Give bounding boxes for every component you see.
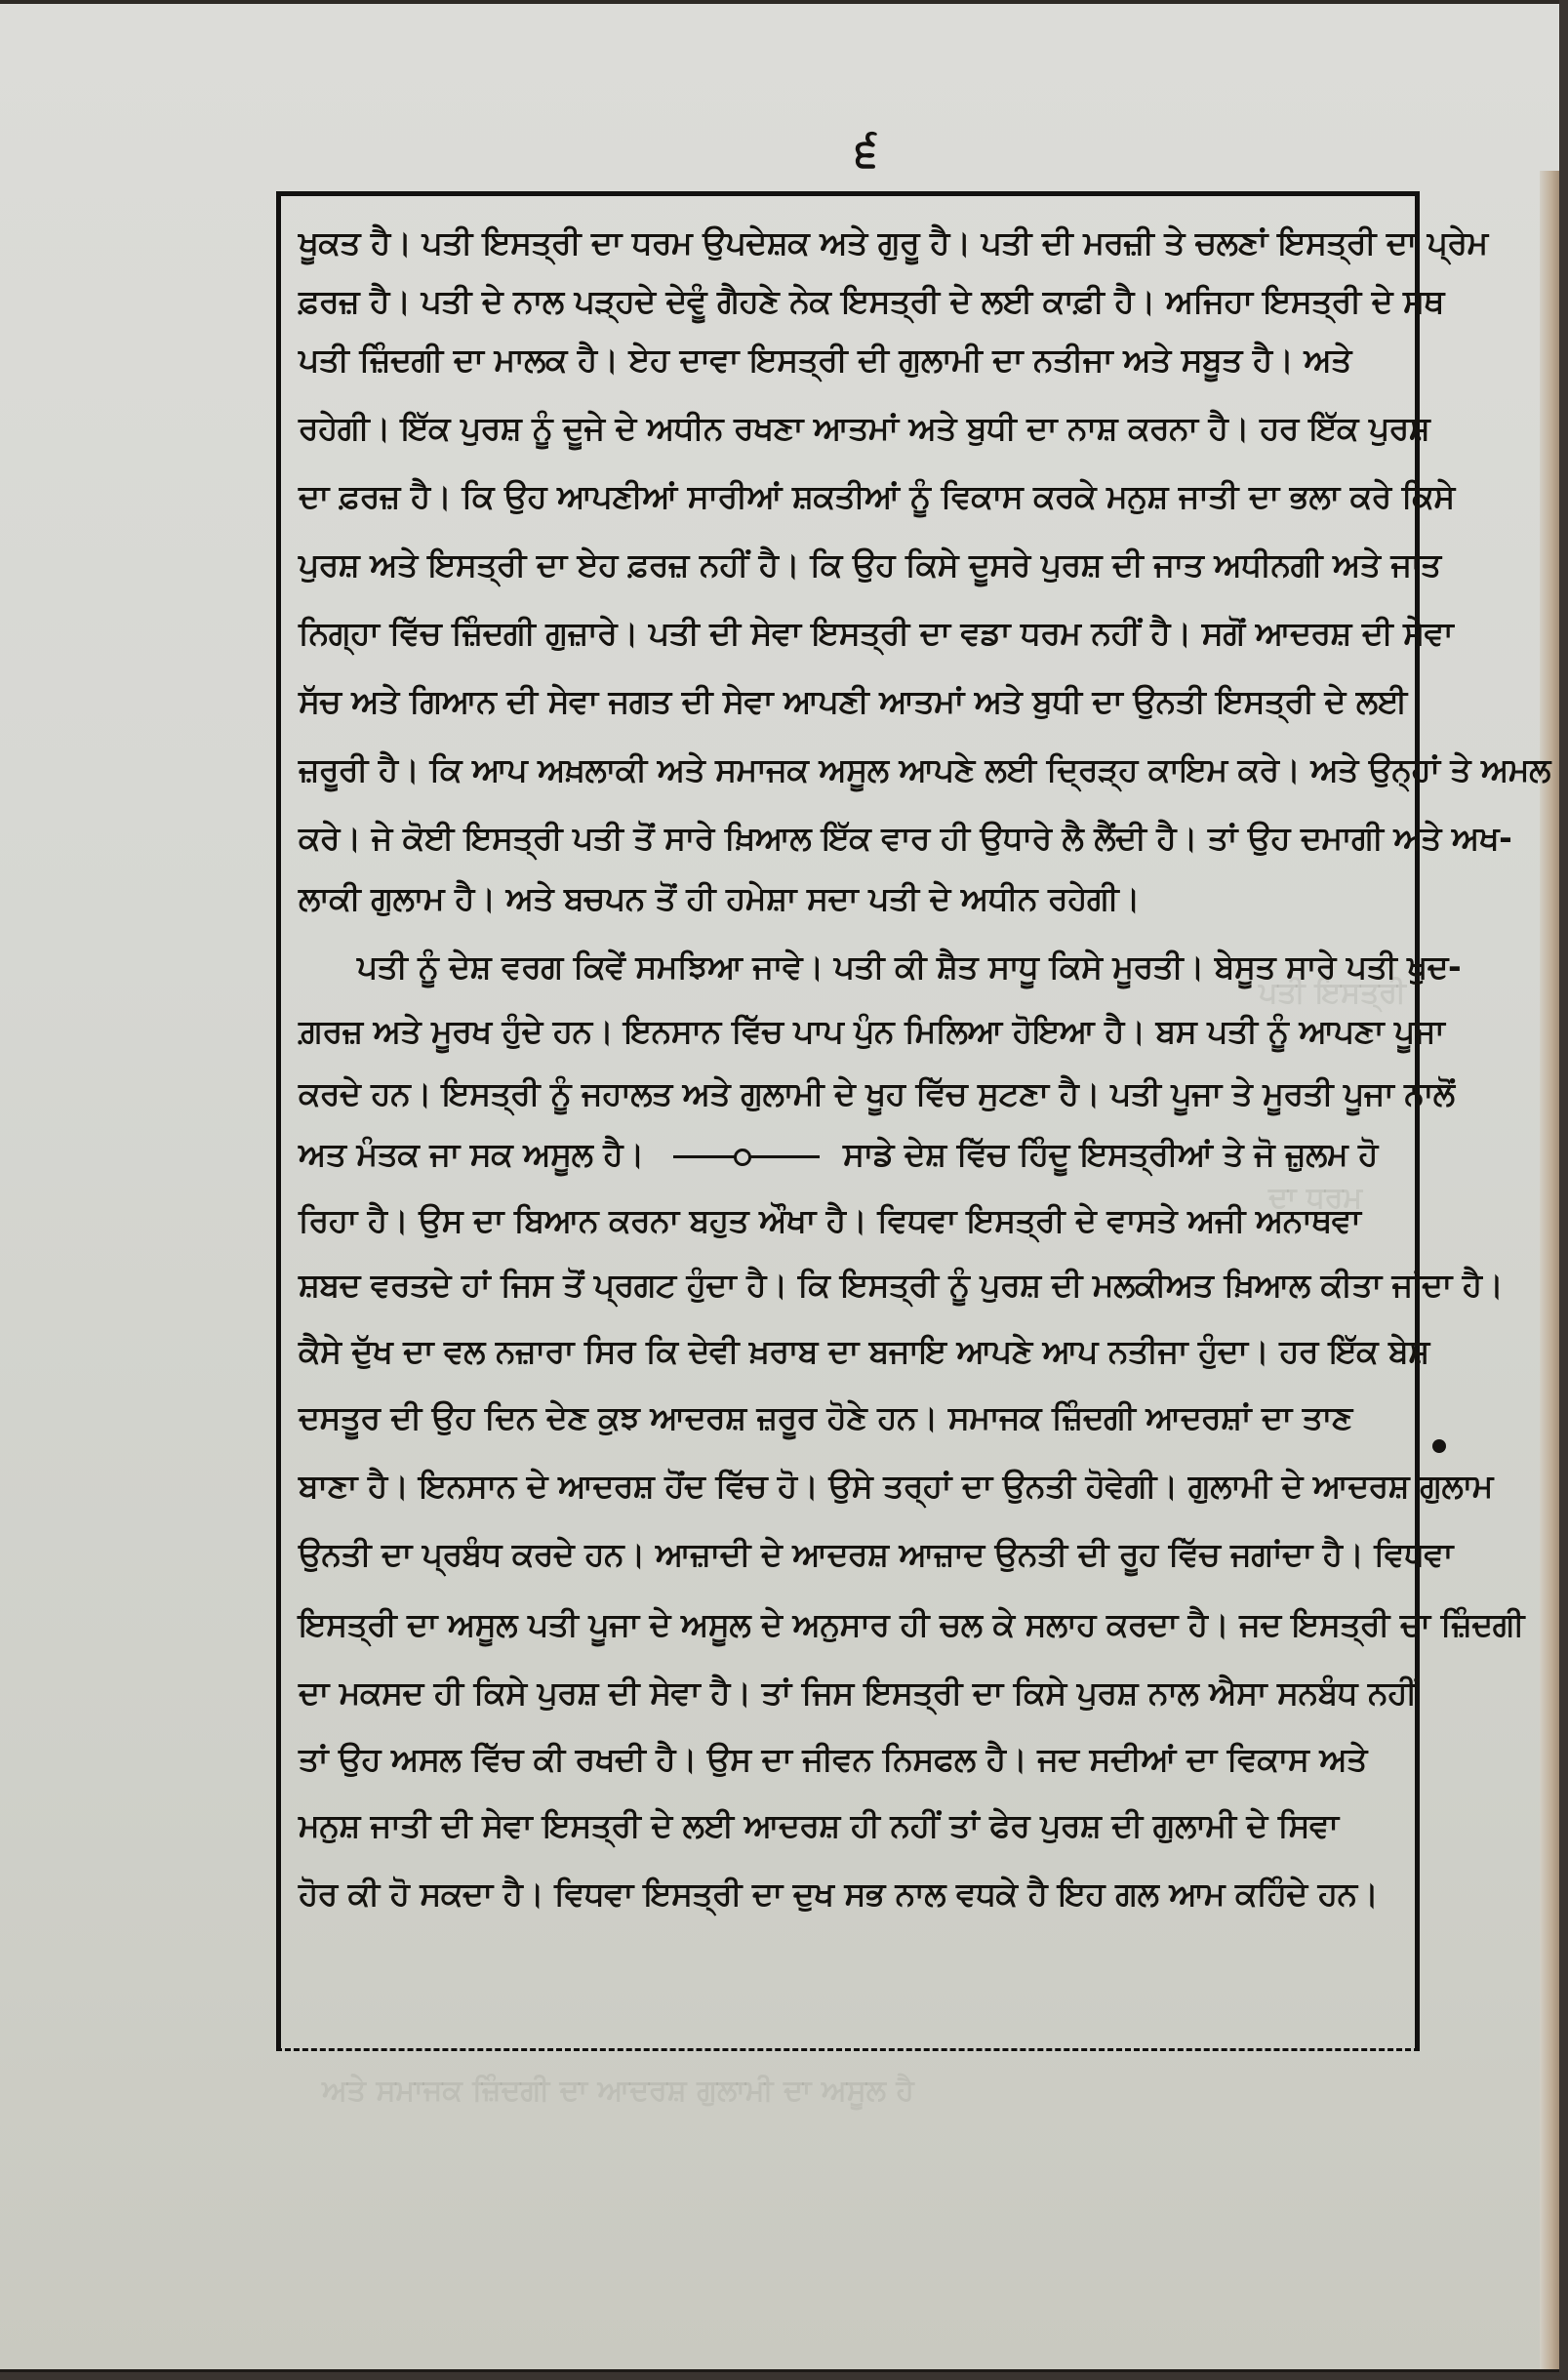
line-end-text: ਸਾਡੇ ਦੇਸ਼ ਵਿੱਚ ਹਿੰਦੂ ਇਸਤ੍ਰੀਆਂ ਤੇ ਜੋ ਜ਼ੁਲ… — [843, 1135, 1378, 1173]
text-line: ਰਹੇਗੀ। ਇੱਕ ਪੁਰਸ਼ ਨੂੰ ਦੂਜੇ ਦੇ ਅਧੀਨ ਰਖਣਾ ਆ… — [299, 399, 1405, 458]
page-edge-strip — [1540, 171, 1559, 2369]
text-line: ਹੋਰ ਕੀ ਹੋ ਸਕਦਾ ਹੈ। ਵਿਧਵਾ ਇਸਤ੍ਰੀ ਦਾ ਦੁਖ ਸ… — [299, 1865, 1405, 1923]
text-line: ਪੁਰਸ਼ ਅਤੇ ਇਸਤ੍ਰੀ ਦਾ ਏਹ ਫ਼ਰਜ਼ ਨਹੀਂ ਹੈ। ਕਿ… — [299, 536, 1405, 594]
bordered-text-block: ਖੂਕਤ ਹੈ। ਪਤੀ ਇਸਤ੍ਰੀ ਦਾ ਧਰਮ ਉਪਦੇਸ਼ਕ ਅਤੇ ਗ… — [276, 191, 1420, 2051]
text-line: ਜ਼ਰੂਰੀ ਹੈ। ਕਿ ਆਪ ਅਖ਼ਲਾਕੀ ਅਤੇ ਸਮਾਜਕ ਅਸੂਲ … — [299, 741, 1405, 799]
page-number: ੬ — [837, 127, 896, 177]
ink-speck — [1432, 1439, 1446, 1453]
text-line: ਮਨੁਸ਼ ਜਾਤੀ ਦੀ ਸੇਵਾ ਇਸਤ੍ਰੀ ਦੇ ਲਈ ਆਦਰਸ਼ ਹੀ… — [299, 1796, 1405, 1855]
text-line — [299, 1943, 1405, 2001]
text-line: ਸੱਚ ਅਤੇ ਗਿਆਨ ਦੀ ਸੇਵਾ ਜਗਤ ਦੀ ਸੇਵਾ ਆਪਣੀ ਆਤ… — [299, 672, 1405, 731]
text-line: ਰਿਹਾ ਹੈ। ਉਸ ਦਾ ਬਿਆਨ ਕਰਨਾ ਬਹੁਤ ਔਖਾ ਹੈ। ਵਿ… — [299, 1191, 1405, 1250]
text-line: ਕਰਦੇ ਹਨ। ਇਸਤ੍ਰੀ ਨੂੰ ਜਹਾਲਤ ਅਤੇ ਗੁਲਾਮੀ ਦੇ … — [299, 1065, 1405, 1123]
text-line: ਇਸਤ੍ਰੀ ਦਾ ਅਸੂਲ ਪਤੀ ਪੂਜਾ ਦੇ ਅਸੂਲ ਦੇ ਅਨੁਸਾ… — [299, 1595, 1405, 1654]
text-line: ਪਤੀ ਜ਼ਿੰਦਗੀ ਦਾ ਮਾਲਕ ਹੈ। ਏਹ ਦਾਵਾ ਇਸਤ੍ਰੀ ਦ… — [299, 331, 1405, 389]
scanned-page: ਪਤੀ ਇਸਤ੍ਰੀ ਦਾ ਧਰਮ ਅਤੇ ਸਮਾਜਕ ਜ਼ਿੰਦਗੀ ਦਾ ਆ… — [0, 0, 1559, 2372]
text-line: ਦਸਤੂਰ ਦੀ ਉਹ ਦਿਨ ਦੇਣ ਕੁਝ ਆਦਰਸ਼ ਜ਼ਰੂਰ ਹੋਣੇ… — [299, 1389, 1405, 1447]
text-line: ਉਨਤੀ ਦਾ ਪ੍ਰਬੰਧ ਕਰਦੇ ਹਨ। ਆਜ਼ਾਦੀ ਦੇ ਆਦਰਸ਼ … — [299, 1525, 1405, 1584]
text-line-with-separator: ਅਤ ਮੰਤਕ ਜਾ ਸਕ ਅਸੂਲ ਹੈ।ਸਾਡੇ ਦੇਸ਼ ਵਿੱਚ ਹਿੰ… — [299, 1125, 1405, 1184]
text-line: ਫ਼ਰਜ਼ ਹੈ। ਪਤੀ ਦੇ ਨਾਲ ਪੜ੍ਹਦੇ ਦੇਵੂੰ ਗੈਹਣੇ … — [299, 272, 1405, 331]
page-top-edge — [0, 0, 1559, 4]
text-line: ਬਾਣਾ ਹੈ। ਇਨਸਾਨ ਦੇ ਆਦਰਸ਼ ਹੋਂਦ ਵਿੱਚ ਹੋ। ਉਸ… — [299, 1457, 1405, 1515]
text-line: ਦਾ ਫ਼ਰਜ਼ ਹੈ। ਕਿ ਉਹ ਆਪਣੀਆਂ ਸਾਰੀਆਂ ਸ਼ਕਤੀਆਂ… — [299, 467, 1405, 526]
line-start-text: ਅਤ ਮੰਤਕ ਜਾ ਸਕ ਅਸੂਲ ਹੈ। — [299, 1135, 644, 1173]
text-line: ਤਾਂ ਉਹ ਅਸਲ ਵਿੱਚ ਕੀ ਰਖਦੀ ਹੈ। ਉਸ ਦਾ ਜੀਵਨ ਨ… — [299, 1730, 1405, 1789]
text-line: ਦਾ ਮਕਸਦ ਹੀ ਕਿਸੇ ਪੁਰਸ਼ ਦੀ ਸੇਵਾ ਹੈ। ਤਾਂ ਜਿ… — [299, 1664, 1405, 1722]
text-line: ਨਿਗ੍ਹਾ ਵਿੱਚ ਜ਼ਿੰਦਗੀ ਗੁਜ਼ਾਰੇ। ਪਤੀ ਦੀ ਸੇਵਾ… — [299, 604, 1405, 663]
flower-separator-icon — [673, 1149, 820, 1164]
paragraph-start-line: ਪਤੀ ਨੂੰ ਦੇਸ਼ ਵਰਗ ਕਿਵੇਂ ਸਮਝਿਆ ਜਾਵੇ। ਪਤੀ ਕ… — [299, 938, 1405, 996]
text-line: ਸ਼ਬਦ ਵਰਤਦੇ ਹਾਂ ਜਿਸ ਤੋਂ ਪ੍ਰਗਟ ਹੁੰਦਾ ਹੈ। ਕ… — [299, 1256, 1405, 1314]
text-line: ਕੈਸੇ ਦੁੱਖ ਦਾ ਵਲ ਨਜ਼ਾਰਾ ਸਿਰ ਕਿ ਦੇਵੀ ਖ਼ਰਾਬ… — [299, 1322, 1405, 1381]
text-line: ਕਰੇ। ਜੇ ਕੋਈ ਇਸਤ੍ਰੀ ਪਤੀ ਤੋਂ ਸਾਰੇ ਖ਼ਿਆਲ ਇੱ… — [299, 809, 1405, 867]
text-line: ਖੂਕਤ ਹੈ। ਪਤੀ ਇਸਤ੍ਰੀ ਦਾ ਧਰਮ ਉਪਦੇਸ਼ਕ ਅਤੇ ਗ… — [299, 214, 1405, 272]
show-through-text: ਅਤੇ ਸਮਾਜਕ ਜ਼ਿੰਦਗੀ ਦਾ ਆਦਰਸ਼ ਗੁਲਾਮੀ ਦਾ ਅਸੂ… — [322, 2074, 914, 2108]
text-line: ਗ਼ਰਜ਼ ਅਤੇ ਮੂਰਖ ਹੁੰਦੇ ਹਨ। ਇਨਸਾਨ ਵਿੱਚ ਪਾਪ … — [299, 1002, 1405, 1061]
text-line: ਲਾਕੀ ਗੁਲਾਮ ਹੈ। ਅਤੇ ਬਚਪਨ ਤੋਂ ਹੀ ਹਮੇਸ਼ਾ ਸਦ… — [299, 869, 1405, 928]
